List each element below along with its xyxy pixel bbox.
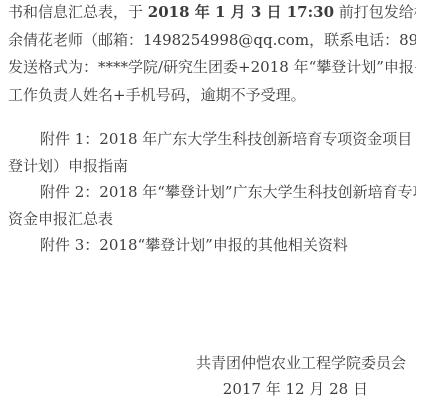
body-text-pre-deadline: 书和信息汇总表，于 [8, 3, 148, 21]
body-line-3-format: 发送格式为：****学院/研究生团委+2018 年“攀登计划”申报+ [8, 54, 416, 82]
attachment-1-line-2: 登计划）申报指南 [8, 153, 416, 180]
attachments-list: 附件 1：2018 年广东大学生科技创新培育专项资金项目（攀 登计划）申报指南 … [8, 126, 416, 259]
attachment-1-line-1: 附件 1：2018 年广东大学生科技创新培育专项资金项目（攀 [8, 126, 416, 153]
body-paragraph: 书和信息汇总表，于 2018 年 1 月 3 日 17:30 前打包发给校团委 … [8, 0, 416, 109]
body-text-post-deadline: 前打包发给校团委 [334, 3, 416, 21]
attachment-2-line-1: 附件 2：2018 年“攀登计划”广东大学生科技创新培育专项 [8, 179, 416, 206]
document-page: 书和信息汇总表，于 2018 年 1 月 3 日 17:30 前打包发给校团委 … [0, 0, 424, 407]
signature-date: 2017 年 12 月 28 日 [223, 378, 368, 399]
attachment-3-line-1: 附件 3：2018“攀登计划”申报的其他相关资料 [8, 232, 416, 259]
attachment-2-line-2: 资金申报汇总表 [8, 206, 416, 233]
body-line-1: 书和信息汇总表，于 2018 年 1 月 3 日 17:30 前打包发给校团委 [8, 0, 416, 27]
deadline-text: 2018 年 1 月 3 日 17:30 [148, 3, 334, 21]
body-line-2-contact-info: 余倩花老师（邮箱：1498254998@qq.com，联系电话：89002036… [8, 27, 416, 55]
body-line-4-deadline-note: 工作负责人姓名+手机号码，逾期不予受理。 [8, 82, 416, 110]
signature-organization: 共青团仲恺农业工程学院委员会 [196, 352, 406, 373]
